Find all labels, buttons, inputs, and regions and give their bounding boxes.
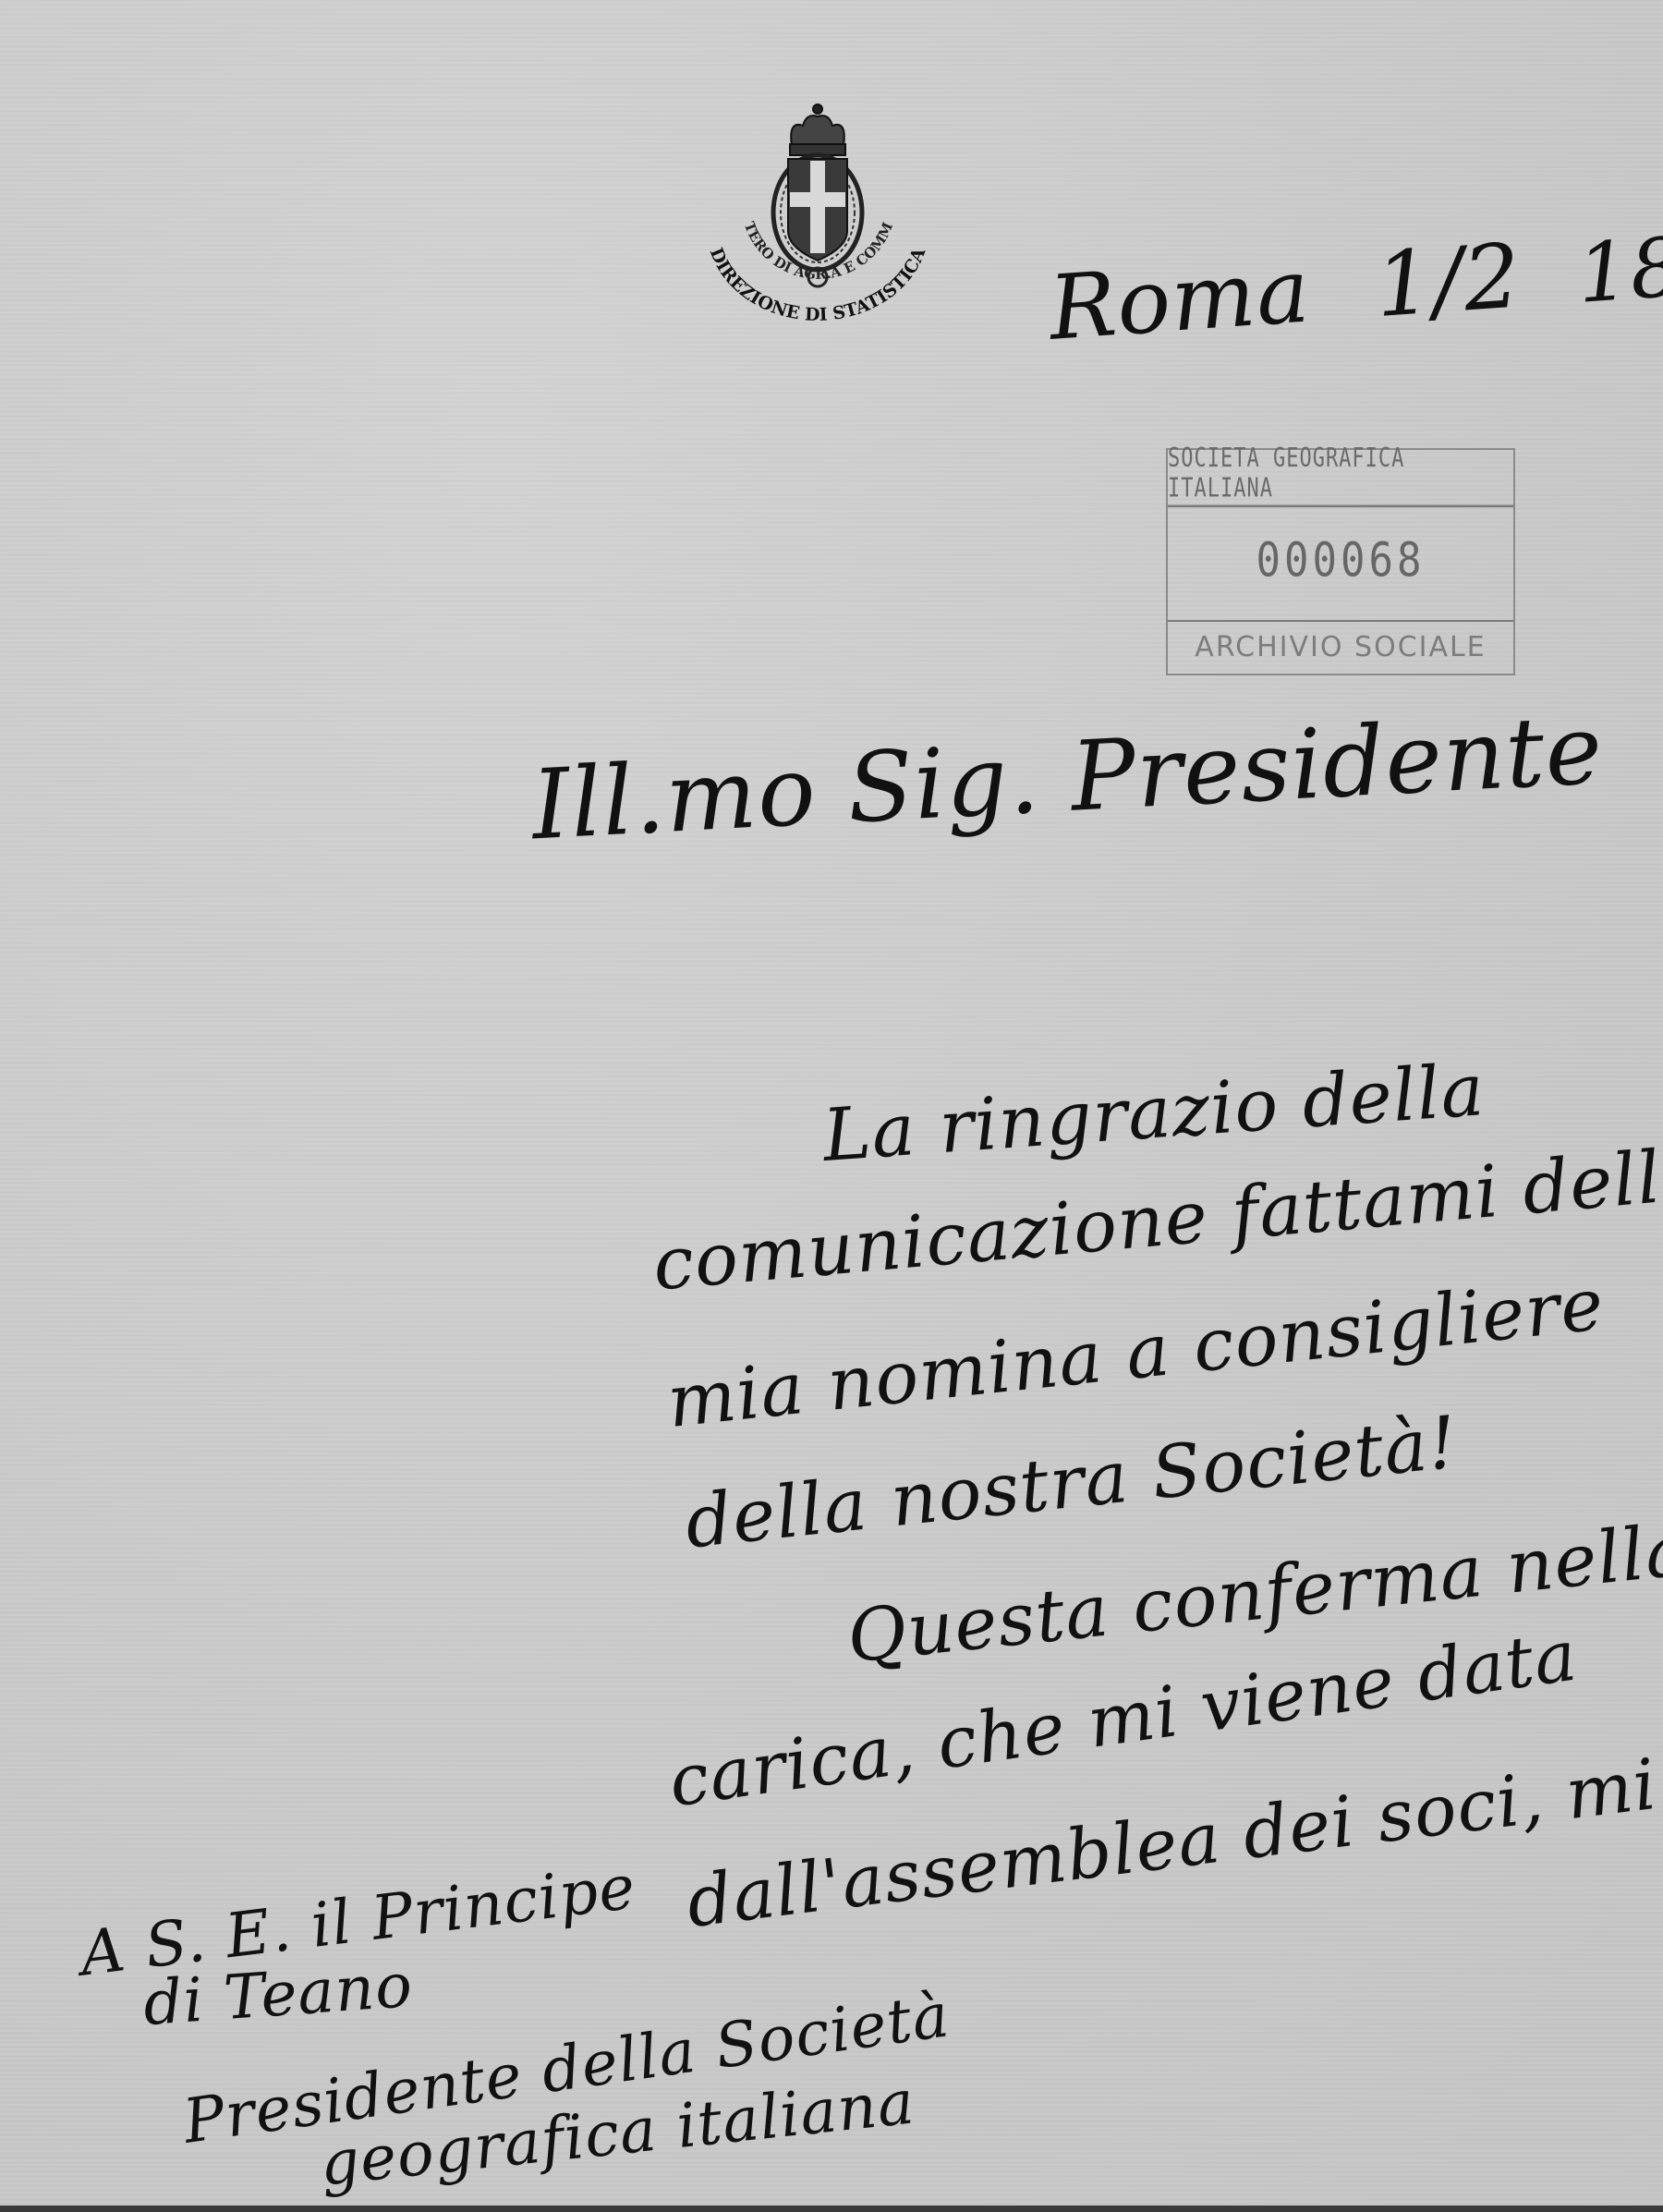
scan-bottom-edge [0,2206,1663,2212]
ministry-crest-icon: MINISTERO DI AGR.A E COMMERCIO DIREZIONE… [688,92,947,342]
dateline-date: 1/2 [1372,224,1524,337]
savoy-crest-icon: MINISTERO DI AGR.A E COMMERCIO DIREZIONE… [688,92,947,342]
body-line-1: La ringrazio della [820,1049,1487,1178]
dateline-place: Roma [1046,238,1313,359]
dateline-year: 1881 [1574,212,1663,322]
letter-page: MINISTERO DI AGR.A E COMMERCIO DIREZIONE… [0,0,1663,2206]
bleed-through-text [148,554,164,614]
archive-stamp: SOCIETA GEOGRAFICA ITALIANA 000068 ARCHI… [1166,448,1515,675]
dateline: Roma 1/2 1881 [1046,205,1663,360]
salutation: Ill.mo Sig. Presidente [529,693,1606,862]
stamp-number: 000068 [1168,491,1513,629]
